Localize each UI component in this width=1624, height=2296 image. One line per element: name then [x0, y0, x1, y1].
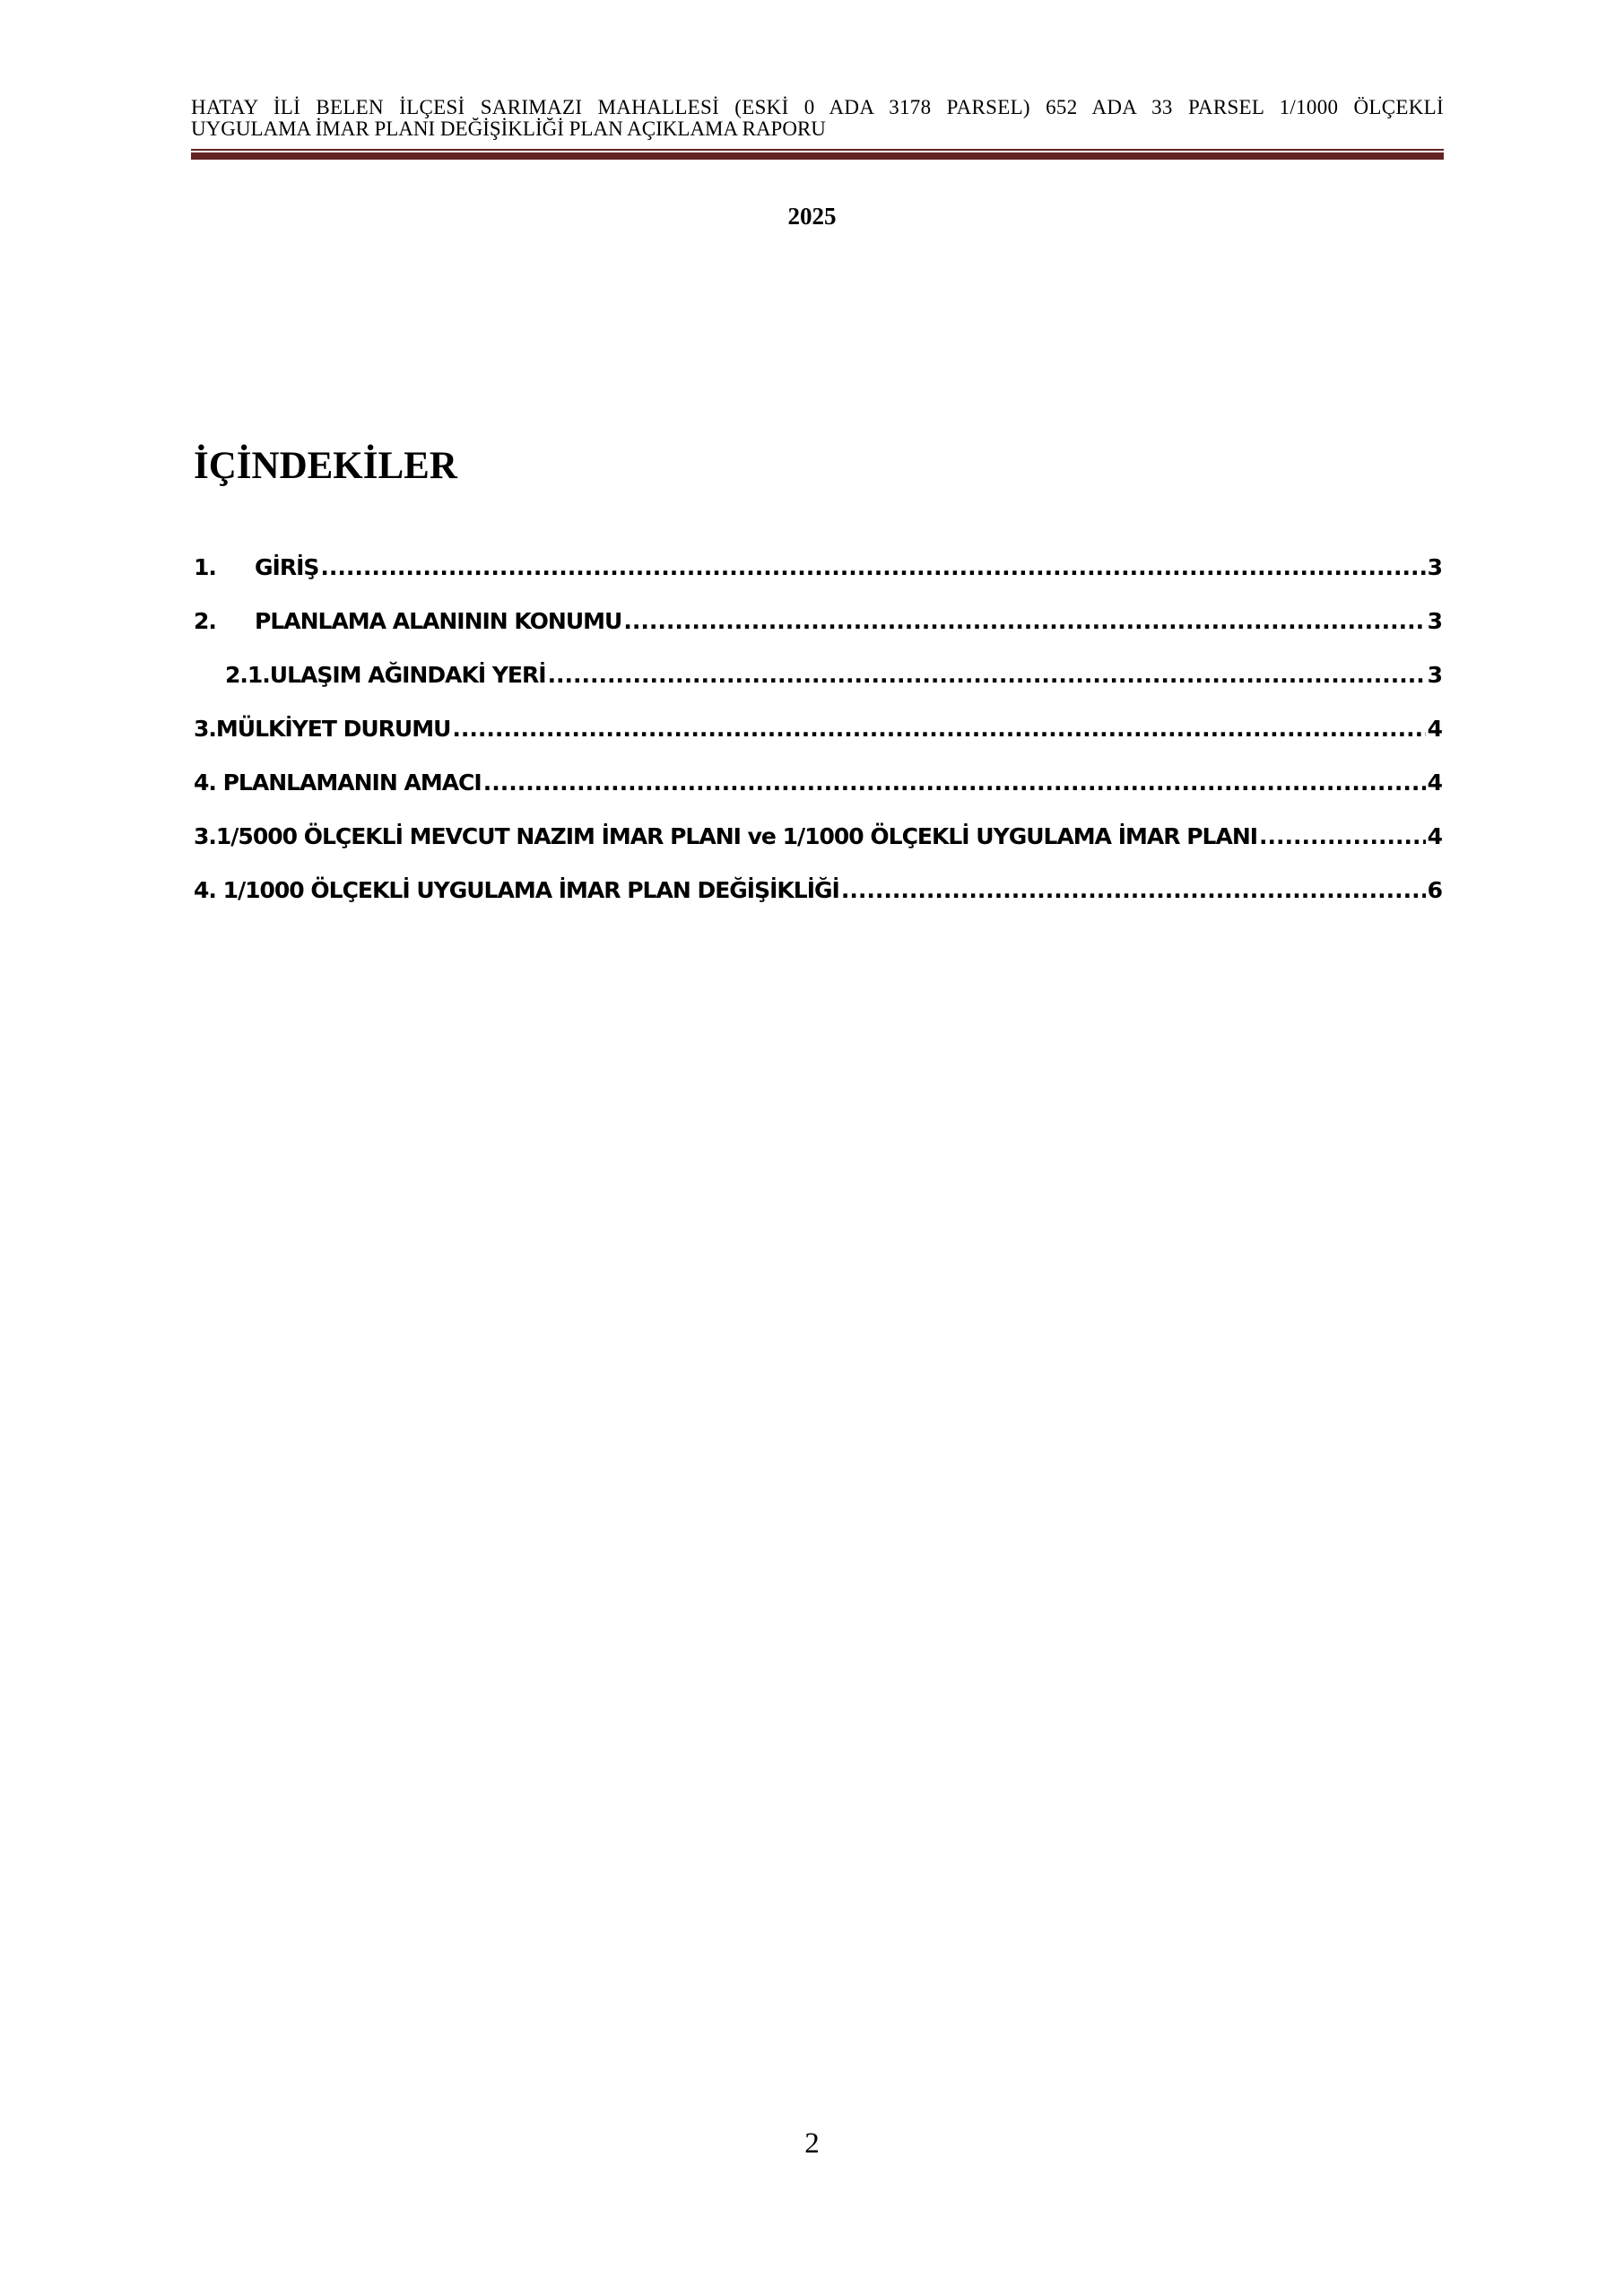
toc-entry-label: 4. PLANLAMANIN AMACI	[194, 770, 482, 796]
toc-entry-number: 1.	[194, 554, 255, 580]
header-rule-thin	[191, 149, 1444, 151]
toc-entry-page: 3	[1428, 662, 1442, 688]
toc-entry-page: 3	[1428, 608, 1442, 634]
toc-entry-amac[interactable]: 4. PLANLAMANIN AMACI ...................…	[194, 770, 1442, 823]
toc-entry-mevcut-plan[interactable]: 3.1/5000 ÖLÇEKLİ MEVCUT NAZIM İMAR PLANI…	[194, 823, 1442, 877]
toc-entry-label: 2.1.ULAŞIM AĞINDAKİ YERİ	[225, 662, 546, 688]
running-header: HATAY İLİ BELEN İLÇESİ SARIMAZI MAHALLES…	[191, 97, 1444, 140]
toc-entry-page: 3	[1428, 554, 1442, 580]
toc-entry-label: 3.1/5000 ÖLÇEKLİ MEVCUT NAZIM İMAR PLANI…	[194, 823, 1257, 849]
document-page: HATAY İLİ BELEN İLÇESİ SARIMAZI MAHALLES…	[0, 0, 1624, 2296]
table-of-contents: 1. GİRİŞ ...............................…	[194, 554, 1442, 931]
toc-dot-leader: ........................................…	[548, 662, 1426, 688]
toc-dot-leader: ........................................…	[483, 770, 1426, 796]
toc-entry-plan-degisikligi[interactable]: 4. 1/1000 ÖLÇEKLİ UYGULAMA İMAR PLAN DEĞ…	[194, 877, 1442, 931]
toc-entry-page: 4	[1428, 823, 1442, 849]
toc-entry-page: 4	[1428, 716, 1442, 742]
toc-entry-label: 3.MÜLKİYET DURUMU	[194, 716, 450, 742]
toc-dot-leader: ........................................…	[841, 877, 1426, 903]
toc-dot-leader: ........................................…	[320, 554, 1425, 580]
toc-entry-label: 4. 1/1000 ÖLÇEKLİ UYGULAMA İMAR PLAN DEĞ…	[194, 877, 839, 903]
header-title-line-1: HATAY İLİ BELEN İLÇESİ SARIMAZI MAHALLES…	[191, 97, 1444, 118]
toc-entry-ulasim[interactable]: 2.1.ULAŞIM AĞINDAKİ YERİ ...............…	[194, 662, 1442, 716]
toc-dot-leader: ........................................…	[1259, 823, 1426, 849]
toc-dot-leader: ........................................…	[623, 608, 1425, 634]
report-year: 2025	[0, 203, 1624, 230]
toc-title: İÇİNDEKİLER	[194, 444, 457, 488]
toc-entry-page: 4	[1428, 770, 1442, 796]
toc-entry-number: 2.	[194, 608, 255, 634]
toc-dot-leader: ........................................…	[452, 716, 1425, 742]
toc-entry-label: GİRİŞ	[255, 554, 318, 580]
toc-entry-label: PLANLAMA ALANININ KONUMU	[255, 608, 621, 634]
header-rule-thick	[191, 152, 1444, 160]
header-title-line-2: UYGULAMA İMAR PLANI DEĞİŞİKLİĞİ PLAN AÇI…	[191, 118, 1444, 140]
toc-entry-page: 6	[1428, 877, 1442, 903]
toc-entry-mulkiyet[interactable]: 3.MÜLKİYET DURUMU ......................…	[194, 716, 1442, 770]
page-number: 2	[0, 2127, 1624, 2161]
toc-entry-giris[interactable]: 1. GİRİŞ ...............................…	[194, 554, 1442, 608]
toc-entry-planlama-alani[interactable]: 2. PLANLAMA ALANININ KONUMU ............…	[194, 608, 1442, 662]
